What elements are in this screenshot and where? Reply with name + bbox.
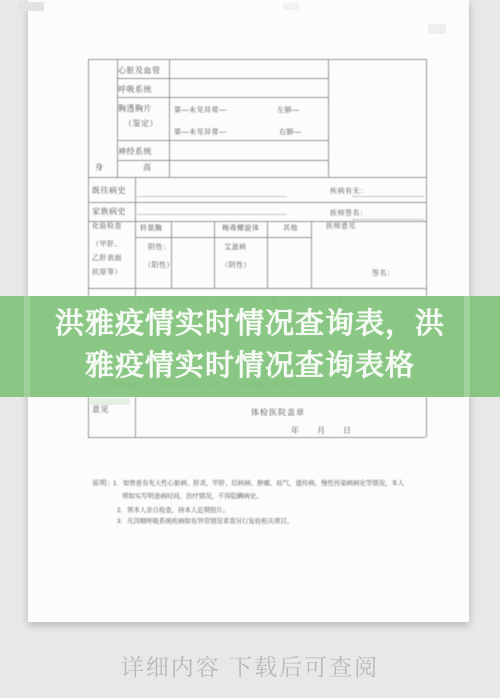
row-label-nervous: 神经系统 [118, 147, 152, 156]
lab-label-line4: 抗原等） [92, 268, 122, 277]
lab-cell1-line1: 阴性： [148, 243, 171, 252]
row-label-heart: 心脏及血管 [118, 66, 161, 75]
lab-label-line3: 乙肝表面 [92, 254, 122, 263]
fill-line [137, 196, 287, 197]
banner-title: 洪雅疫情实时情况查询表，洪 雅疫情实时情况查询表格 [0, 303, 500, 387]
notes-item1-line2: 须如实写明患病时间、治疗情况，不得隐瞒病史。 [122, 492, 263, 501]
row-label-past-history: 既往病史 [92, 186, 126, 195]
fill-line [352, 219, 424, 220]
table-line [88, 288, 426, 289]
notes-item3: 3．凡因咽呼吸系统疾病如有异常情况者需另行复检相关项目。 [117, 517, 293, 526]
table-line [88, 59, 426, 60]
table-line [328, 59, 329, 177]
row-label-respiratory: 呼吸系统 [118, 85, 152, 94]
date-fill-text: 年 月 日 [291, 426, 356, 435]
opinion-row-label: 意见 [92, 405, 109, 414]
lab-label-line2: （甲肝、 [92, 240, 122, 249]
table-line [88, 202, 426, 203]
table-line [426, 59, 427, 288]
row-label-height: 身 高 [95, 163, 159, 172]
table-line [88, 59, 89, 288]
lab-label-line1: 化验检查 [92, 222, 122, 231]
table-line [117, 140, 328, 141]
chest-result-line2-right: 右肺— [279, 128, 302, 137]
table-line [88, 437, 426, 438]
notes-title: 说明： [92, 479, 115, 488]
table-line [117, 160, 328, 161]
lab-header-syphilis: 梅毒螺旋体 [222, 224, 260, 233]
table-line [214, 221, 215, 288]
table-line [267, 221, 268, 288]
past-history-right-label: 疾病有无： [330, 187, 368, 196]
chest-result-line1: 第—未见异常— [174, 106, 227, 115]
screenshot-root: 心脏及血管 呼吸系统 胸透胸片 （鉴定） 第—未见异常— 左肺— 第—未见异常—… [0, 0, 500, 698]
lab-cell1-line2: （阳性） [144, 261, 174, 270]
notes-item1-line1: 1．如曾患有先天性心脏病、肝炎、甲肝、结核病、肿瘤、疝气、遗传病、慢性传染病病史… [113, 479, 404, 488]
table-line [169, 59, 170, 177]
table-line [426, 397, 427, 437]
table-line [171, 221, 172, 288]
fill-line [352, 196, 424, 197]
table-line [426, 288, 427, 296]
family-history-right-label: 医师签名： [330, 209, 368, 218]
table-line [88, 177, 426, 178]
footer-caption: 详细内容 下载后可查阅 [0, 649, 500, 682]
doctor-opinion-label: 医师意见 [326, 222, 356, 231]
notes-item2: 2．须本人亲自检查，持本人近期照片。 [117, 506, 229, 515]
fill-line [137, 214, 287, 215]
chest-result-line2: 第—未见异常— [174, 128, 227, 137]
lab-cell2-line2: （阴性） [221, 261, 251, 270]
table-line [88, 221, 426, 222]
title-banner: 洪雅疫情实时情况查询表，洪 雅疫情实时情况查询表格 [0, 296, 500, 397]
table-line [88, 397, 89, 437]
doctor-sign-label: 签名： [372, 269, 395, 278]
table-line [117, 59, 118, 177]
lab-header-alt: 转氨酶 [140, 224, 163, 233]
table-line [135, 177, 136, 288]
hospital-stamp-text: 体检医院盖章 [251, 408, 305, 417]
table-line [117, 97, 328, 98]
banner-title-line2: 雅疫情实时情况查询表格 [0, 345, 500, 387]
row-label-chest-xray: 胸透胸片 [118, 104, 152, 113]
row-label-family-history: 家族病史 [92, 207, 126, 216]
table-line [135, 288, 136, 296]
table-line [88, 288, 89, 296]
banner-title-line1: 洪雅疫情实时情况查询表，洪 [0, 303, 500, 345]
table-line [136, 237, 311, 238]
chest-result-line1-right: 左肺— [277, 106, 300, 115]
lab-cell2-line1: 艾滋病 [224, 243, 247, 252]
table-line [135, 397, 136, 437]
row-label-chest-xray-sub: （鉴定） [124, 119, 158, 128]
table-line [117, 78, 328, 79]
lab-header-other: 其他 [283, 224, 298, 233]
table-line [311, 221, 312, 288]
